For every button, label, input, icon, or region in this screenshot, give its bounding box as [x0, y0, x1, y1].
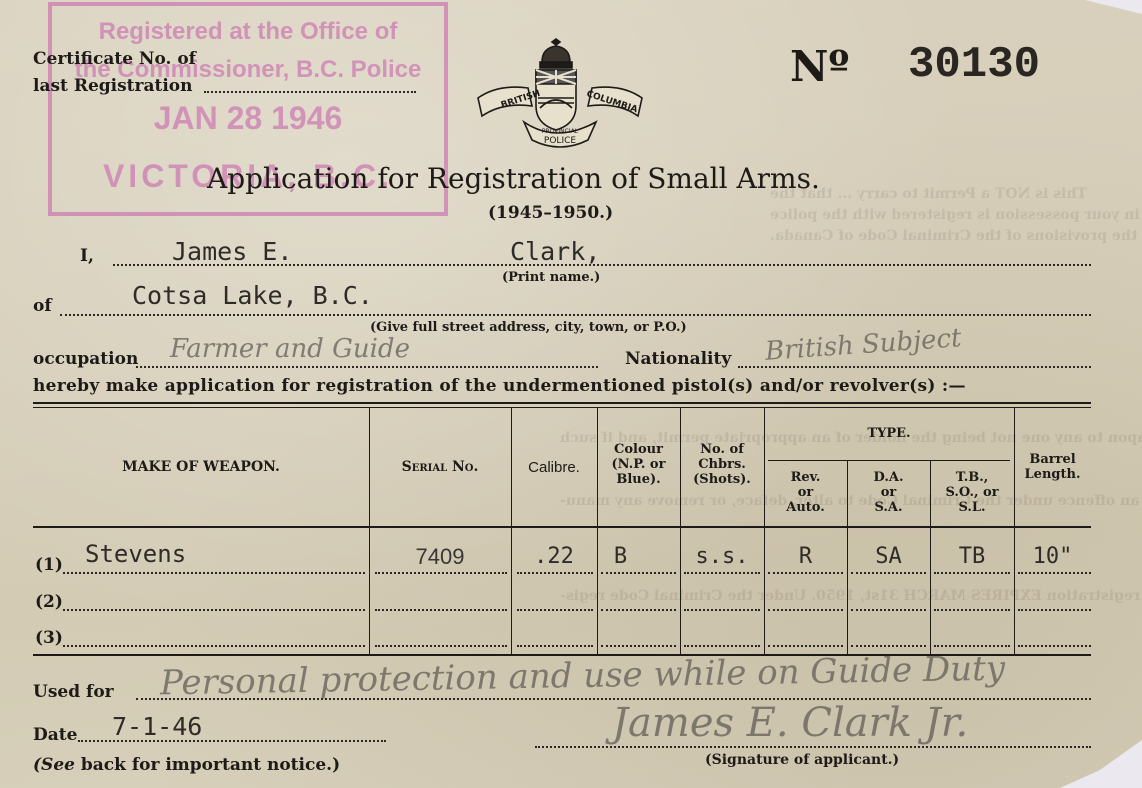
tb-value: TB: [930, 544, 1014, 569]
header-chambers-1: No. of: [680, 442, 764, 457]
da-sa-value: SA: [847, 544, 930, 569]
stamp-line-1: Registered at the Office of: [52, 18, 444, 46]
bleed-through-text: with the provisions of the Criminal Code…: [770, 228, 1142, 244]
certificate-number: 30130: [908, 40, 1040, 90]
signature-hint: (Signature of applicant.): [705, 752, 899, 768]
last-name-value: Clark,: [510, 237, 600, 266]
header-tb-3: S.L.: [930, 500, 1014, 515]
header-da-sa: D.A. or S.A.: [847, 470, 930, 515]
cert-field[interactable]: [204, 91, 416, 93]
tb-field[interactable]: [934, 645, 1010, 647]
signature-field[interactable]: [535, 746, 1091, 748]
colour-field[interactable]: [601, 609, 676, 611]
cert-label-1: Certificate No. of: [33, 49, 196, 69]
header-da-3: S.A.: [847, 500, 930, 515]
crest-lower-1: PROVINCIAL: [542, 128, 579, 135]
nationality-label: Nationality: [625, 349, 731, 369]
weapons-table: MAKE OF WEAPON. Serial No. Calibre. Colo…: [33, 402, 1091, 656]
header-da-1: D.A.: [847, 470, 930, 485]
print-name-hint: (Print name.): [502, 270, 600, 285]
header-calibre: Calibre.: [511, 460, 597, 475]
date-value: 7-1-46: [112, 712, 202, 741]
bleed-through-text: revolver or pistol in your possession is…: [770, 207, 1142, 223]
colour-field[interactable]: [601, 645, 676, 647]
header-tb-2: S.O., or: [930, 485, 1014, 500]
declaration-text: hereby make application for registration…: [33, 376, 966, 396]
header-colour-3: Blue).: [597, 472, 680, 487]
header-rev-2: or: [764, 485, 847, 500]
rev-auto-field[interactable]: [768, 645, 843, 647]
occupation-field[interactable]: [136, 366, 598, 368]
date-label: Date: [33, 725, 77, 745]
first-name-value: James E.: [172, 237, 292, 266]
calibre-field[interactable]: [517, 645, 593, 647]
address-value: Cotsa Lake, B.C.: [132, 281, 373, 310]
da-sa-field[interactable]: [851, 645, 926, 647]
row-number: (1): [35, 555, 63, 575]
address-hint: (Give full street address, city, town, o…: [370, 320, 687, 335]
chambers-field[interactable]: [684, 609, 760, 611]
colour-value: B: [579, 544, 662, 569]
rev-auto-field[interactable]: [768, 609, 843, 611]
header-type: TYPE.: [764, 426, 1014, 441]
header-tb-1: T.B.,: [930, 470, 1014, 485]
make-field[interactable]: [63, 572, 365, 574]
form-title: Application for Registration of Small Ar…: [207, 162, 820, 195]
col-divider: [764, 408, 765, 654]
da-sa-field[interactable]: [851, 609, 926, 611]
header-rev-auto: Rev. or Auto.: [764, 470, 847, 515]
header-rev-3: Auto.: [764, 500, 847, 515]
calibre-field[interactable]: [517, 609, 593, 611]
serial-field[interactable]: [375, 572, 507, 574]
header-serial: Serial No.: [369, 460, 511, 475]
i-label: I,: [80, 246, 94, 266]
make-value: Stevens: [85, 540, 186, 568]
used-for-label: Used for: [33, 682, 114, 702]
table-top-rule: [33, 402, 1091, 404]
tb-field[interactable]: [934, 609, 1010, 611]
header-colour-2: (N.P. or: [597, 457, 680, 472]
tb-field[interactable]: [934, 572, 1010, 574]
stamp-date: JAN 28 1946: [52, 100, 444, 137]
header-colour-1: Colour: [597, 442, 680, 457]
bc-police-crest-icon: BRITISH COLUMBIA PROVINCIAL POLICE: [474, 38, 646, 150]
header-rev-1: Rev.: [764, 470, 847, 485]
notice-see: (See: [33, 755, 75, 775]
header-tb-so-sl: T.B., S.O., or S.L.: [930, 470, 1014, 515]
crest-lower-2: POLICE: [544, 136, 576, 146]
chambers-value: s.s.: [680, 544, 764, 569]
row-number: (2): [35, 592, 63, 612]
form-years: (1945–1950.): [488, 203, 613, 223]
table-top-rule-2: [33, 407, 1091, 408]
rev-auto-field[interactable]: [768, 572, 843, 574]
registration-card: This is NOT a Permit to carry ... that t…: [0, 0, 1142, 788]
colour-field[interactable]: [601, 572, 676, 574]
nationality-value: British Subject: [764, 323, 962, 367]
col-divider: [1014, 408, 1015, 654]
chambers-field[interactable]: [684, 645, 760, 647]
barrel-value: 10": [1014, 544, 1091, 569]
number-prefix: Nº: [790, 42, 849, 91]
occupation-value: Farmer and Guide: [170, 334, 410, 364]
col-divider: [369, 408, 370, 654]
col-divider: [511, 408, 512, 654]
header-colour: Colour (N.P. or Blue).: [597, 442, 680, 487]
see-back-notice: (See back for important notice.): [33, 755, 340, 775]
make-field[interactable]: [63, 645, 365, 647]
of-label: of: [33, 296, 52, 316]
header-chambers-2: Chbrs.: [680, 457, 764, 472]
serial-field[interactable]: [375, 645, 507, 647]
barrel-field[interactable]: [1018, 609, 1091, 611]
serial-field[interactable]: [375, 609, 507, 611]
cert-label-2: last Registration: [33, 76, 193, 96]
occupation-label: occupation: [33, 349, 138, 369]
notice-text: back for important notice.): [81, 755, 340, 775]
header-barrel-2: Length.: [1014, 467, 1091, 482]
barrel-field[interactable]: [1018, 572, 1091, 574]
signature-value: James E. Clark Jr.: [612, 700, 968, 746]
serial-value: 7409: [369, 544, 511, 570]
header-chambers: No. of Chbrs. (Shots).: [680, 442, 764, 487]
da-sa-field[interactable]: [851, 572, 926, 574]
address-field[interactable]: [60, 314, 1091, 316]
nationality-field[interactable]: [738, 366, 1091, 368]
type-divider: [768, 460, 1010, 461]
header-chambers-3: (Shots).: [680, 472, 764, 487]
row-number: (3): [35, 628, 63, 648]
table-header-rule: [33, 526, 1091, 528]
header-barrel: Barrel Length.: [1014, 452, 1091, 482]
barrel-field[interactable]: [1018, 645, 1091, 647]
calibre-field[interactable]: [517, 572, 593, 574]
header-make: MAKE OF WEAPON.: [33, 460, 369, 475]
used-for-value: Personal protection and use while on Gui…: [160, 649, 1006, 704]
make-field[interactable]: [63, 609, 365, 611]
header-da-2: or: [847, 485, 930, 500]
rev-auto-value: R: [764, 544, 847, 569]
header-barrel-1: Barrel: [1014, 452, 1091, 467]
chambers-field[interactable]: [684, 572, 760, 574]
